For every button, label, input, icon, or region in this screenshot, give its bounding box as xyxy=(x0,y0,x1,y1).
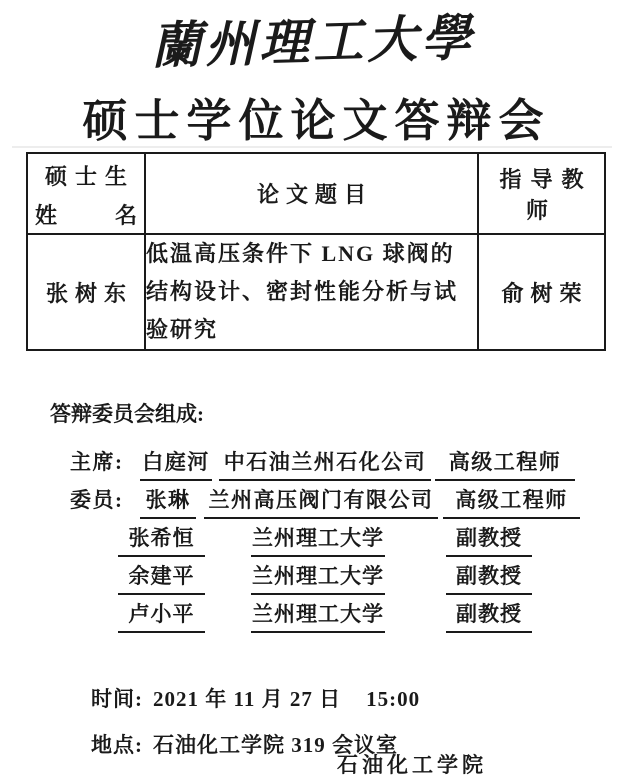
committee-member-affiliation: 兰州理工大学 xyxy=(251,560,385,595)
committee-member-title: 高级工程师 xyxy=(435,446,575,481)
location-label: 地点: xyxy=(91,733,143,757)
committee-row-member: 卢小平 兰州理工大学 副教授 xyxy=(0,598,626,626)
committee-role-label: 主席: xyxy=(70,446,124,476)
committee-row-member: 余建平 兰州理工大学 副教授 xyxy=(0,560,626,588)
student-header-surname-char: 姓 xyxy=(35,199,57,230)
committee-role-label: 委员: xyxy=(70,484,124,514)
committee-row-member: 张希恒 兰州理工大学 副教授 xyxy=(0,522,626,550)
committee-member-name: 白庭河 xyxy=(140,446,212,481)
committee-member-affiliation: 中石油兰州石化公司 xyxy=(219,446,431,481)
student-header-line1: 硕士生 xyxy=(28,160,144,191)
committee-section-heading: 答辩委员会组成: xyxy=(50,398,204,428)
committee-row-chair: 主席: 白庭河 中石油兰州石化公司 高级工程师 xyxy=(0,446,626,474)
thesis-info-table: 硕士生 姓 名 论文题目 指导教师 张树东 低温高压条件下 LNG 球阀的 结构… xyxy=(26,152,606,351)
committee-member-title: 副教授 xyxy=(446,560,532,595)
committee-row-member: 委员: 张琳 兰州高压阀门有限公司 高级工程师 xyxy=(0,484,626,512)
committee-member-name: 余建平 xyxy=(118,560,205,595)
table-header-row: 硕士生 姓 名 论文题目 指导教师 xyxy=(27,153,605,234)
committee-member-affiliation: 兰州高压阀门有限公司 xyxy=(204,484,438,519)
student-header-line2: 姓 名 xyxy=(28,191,144,230)
committee-member-title: 副教授 xyxy=(446,522,532,557)
scan-artifact-line xyxy=(12,146,612,148)
committee-member-name: 张琳 xyxy=(140,484,196,519)
committee-member-name: 张希恒 xyxy=(118,522,205,557)
committee-member-title: 高级工程师 xyxy=(443,484,580,519)
student-name-cell: 张树东 xyxy=(27,234,145,350)
column-header-advisor: 指导教师 xyxy=(478,153,605,234)
student-header-givenname-char: 名 xyxy=(115,199,137,230)
defense-announcement-document: 蘭州理工大學 硕士学位论文答辩会 硕士生 姓 名 论文题目 指导教师 张树东 低… xyxy=(0,0,626,782)
committee-member-name: 卢小平 xyxy=(118,598,205,633)
committee-member-affiliation: 兰州理工大学 xyxy=(251,522,385,557)
university-logo-script: 蘭州理工大學 xyxy=(0,0,626,82)
committee-member-title: 副教授 xyxy=(446,598,532,633)
thesis-title-cell: 低温高压条件下 LNG 球阀的 结构设计、密封性能分析与试 验研究 xyxy=(145,234,478,350)
advisor-name-cell: 俞树荣 xyxy=(478,234,605,350)
page-title: 硕士学位论文答辩会 xyxy=(0,84,626,149)
table-row: 张树东 低温高压条件下 LNG 球阀的 结构设计、密封性能分析与试 验研究 俞树… xyxy=(27,234,605,350)
column-header-student-name: 硕士生 姓 名 xyxy=(27,153,145,234)
committee-member-affiliation: 兰州理工大学 xyxy=(251,598,385,633)
issuing-department-signature: 石油化工学院 xyxy=(337,749,487,779)
column-header-thesis-title: 论文题目 xyxy=(145,153,478,234)
